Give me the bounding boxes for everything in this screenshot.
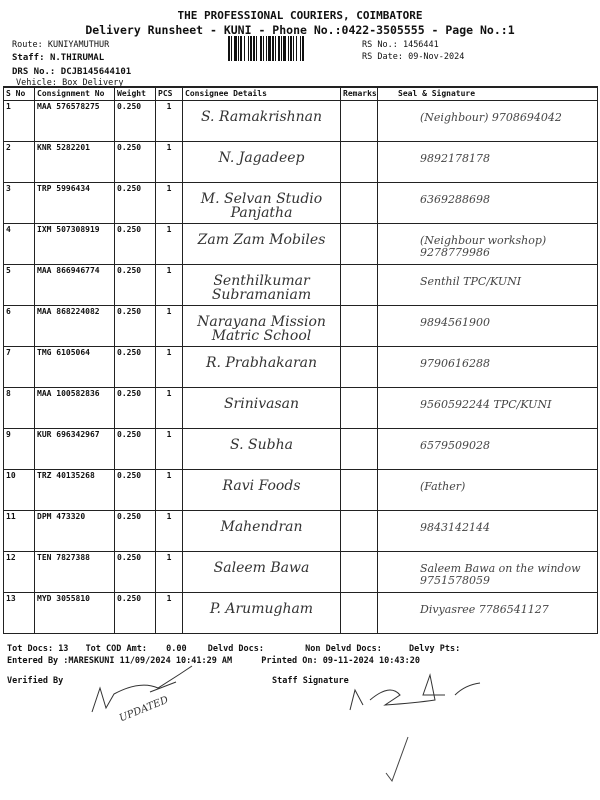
weight-cell: 0.250 xyxy=(115,470,156,511)
pcs-cell: 1 xyxy=(156,306,183,347)
rs-date-line: RS Date: 09-Nov-2024 xyxy=(362,52,464,62)
sno-cell: 8 xyxy=(4,388,35,429)
consignee-text: S. Ramakrishnan xyxy=(185,110,338,124)
pcs-cell: 1 xyxy=(156,593,183,634)
weight-cell: 0.250 xyxy=(115,347,156,388)
consignee-text: Ravi Foods xyxy=(185,479,338,493)
table-row: 9KUR 6963429670.2501S. Subha6579509028 xyxy=(4,429,598,470)
weight-cell: 0.250 xyxy=(115,183,156,224)
table-row: 2KNR 52822010.2501N. Jagadeep9892178178 xyxy=(4,142,598,183)
table-row: 5MAA 8669467740.2501Senthilkumar Subrama… xyxy=(4,265,598,306)
weight-cell: 0.250 xyxy=(115,306,156,347)
runsheet-subtitle: Delivery Runsheet - KUNI - Phone No.:042… xyxy=(0,23,600,37)
table-row: 6MAA 8682240820.2501Narayana Mission Mat… xyxy=(4,306,598,347)
consignment-cell: TRP 5996434 xyxy=(35,183,115,224)
route-value: KUNIYAMUTHUR xyxy=(48,40,109,50)
col-sno: S No xyxy=(4,87,35,101)
remarks-cell xyxy=(341,183,378,224)
seal-text: 9790616288 xyxy=(380,358,595,370)
pcs-cell: 1 xyxy=(156,265,183,306)
consignee-cell: S. Subha xyxy=(183,429,341,470)
rs-no-line: RS No.: 1456441 xyxy=(362,40,439,50)
tot-cod-value: 0.00 xyxy=(166,644,186,654)
remarks-cell xyxy=(341,593,378,634)
rs-date-value: 09-Nov-2024 xyxy=(408,52,464,62)
pcs-cell: 1 xyxy=(156,142,183,183)
table-row: 1MAA 5765782750.2501S. Ramakrishnan(Neig… xyxy=(4,101,598,142)
consignee-text: S. Subha xyxy=(185,438,338,452)
seal-text: Divyasree 7786541127 xyxy=(380,604,595,616)
table-row: 12TEN 78273880.2501Saleem BawaSaleem Baw… xyxy=(4,552,598,593)
weight-cell: 0.250 xyxy=(115,265,156,306)
consignee-text: Senthilkumar Subramaniam xyxy=(185,274,338,302)
seal-text: Senthil TPC/KUNI xyxy=(380,276,595,288)
tot-docs-value: 13 xyxy=(58,644,68,654)
consignment-cell: KNR 5282201 xyxy=(35,142,115,183)
remarks-cell xyxy=(341,429,378,470)
sno-cell: 13 xyxy=(4,593,35,634)
runsheet-table: S No Consignment No Weight PCS Consignee… xyxy=(3,86,598,634)
seal-cell: 9892178178 xyxy=(378,142,598,183)
consignee-text: Mahendran xyxy=(185,520,338,534)
consignee-cell: N. Jagadeep xyxy=(183,142,341,183)
seal-text: 9560592244 TPC/KUNI xyxy=(380,399,595,411)
seal-text: (Neighbour workshop) 9278779986 xyxy=(380,235,595,259)
route-line: Route: KUNIYAMUTHUR xyxy=(12,40,109,50)
consignment-cell: TRZ 40135268 xyxy=(35,470,115,511)
drs-line: DRS No.: DCJB145644101 xyxy=(12,67,131,77)
consignee-text: P. Arumugham xyxy=(185,602,338,616)
sno-cell: 10 xyxy=(4,470,35,511)
consignee-text: Saleem Bawa xyxy=(185,561,338,575)
consignment-cell: TEN 7827388 xyxy=(35,552,115,593)
table-row: 7TMG 61050640.2501R. Prabhakaran97906162… xyxy=(4,347,598,388)
pcs-cell: 1 xyxy=(156,183,183,224)
col-consignee: Consignee Details xyxy=(183,87,341,101)
sno-cell: 7 xyxy=(4,347,35,388)
seal-cell: (Neighbour workshop) 9278779986 xyxy=(378,224,598,265)
seal-cell: 9790616288 xyxy=(378,347,598,388)
seal-text: 9843142144 xyxy=(380,522,595,534)
table-row: 11DPM 4733200.2501Mahendran9843142144 xyxy=(4,511,598,552)
sno-cell: 3 xyxy=(4,183,35,224)
drs-value: DCJB145644101 xyxy=(61,67,131,77)
remarks-cell xyxy=(341,388,378,429)
table-row: 4IXM 5073089190.2501Zam Zam Mobiles(Neig… xyxy=(4,224,598,265)
sno-cell: 1 xyxy=(4,101,35,142)
consignee-cell: Saleem Bawa xyxy=(183,552,341,593)
consignee-text: Srinivasan xyxy=(185,397,338,411)
consignee-cell: Senthilkumar Subramaniam xyxy=(183,265,341,306)
table-row: 3TRP 59964340.2501M. Selvan Studio Panja… xyxy=(4,183,598,224)
consignee-cell: Mahendran xyxy=(183,511,341,552)
weight-cell: 0.250 xyxy=(115,142,156,183)
remarks-cell xyxy=(341,347,378,388)
col-weight: Weight xyxy=(115,87,156,101)
seal-text: (Father) xyxy=(380,481,595,493)
seal-cell: 6369288698 xyxy=(378,183,598,224)
consignment-cell: MAA 576578275 xyxy=(35,101,115,142)
pcs-cell: 1 xyxy=(156,224,183,265)
weight-cell: 0.250 xyxy=(115,101,156,142)
consignment-cell: MAA 866946774 xyxy=(35,265,115,306)
rs-no-value: 1456441 xyxy=(403,40,439,50)
col-pcs: PCS xyxy=(156,87,183,101)
consignee-text: M. Selvan Studio Panjatha xyxy=(185,192,338,220)
consignment-cell: IXM 507308919 xyxy=(35,224,115,265)
seal-cell: 6579509028 xyxy=(378,429,598,470)
consignee-cell: R. Prabhakaran xyxy=(183,347,341,388)
sno-cell: 4 xyxy=(4,224,35,265)
consignment-cell: TMG 6105064 xyxy=(35,347,115,388)
staff-value: N.THIRUMAL xyxy=(50,53,104,63)
staff-line: Staff: N.THIRUMAL xyxy=(12,53,104,63)
remarks-cell xyxy=(341,306,378,347)
col-seal: Seal & Signature xyxy=(378,87,598,101)
weight-cell: 0.250 xyxy=(115,388,156,429)
pcs-cell: 1 xyxy=(156,511,183,552)
consignment-cell: MYD 3055810 xyxy=(35,593,115,634)
consignee-text: N. Jagadeep xyxy=(185,151,338,165)
col-remarks: Remarks xyxy=(341,87,378,101)
consignee-text: R. Prabhakaran xyxy=(185,356,338,370)
consignment-cell: MAA 100582836 xyxy=(35,388,115,429)
col-consignment: Consignment No xyxy=(35,87,115,101)
consignee-text: Zam Zam Mobiles xyxy=(185,233,338,247)
seal-cell: Divyasree 7786541127 xyxy=(378,593,598,634)
sno-cell: 12 xyxy=(4,552,35,593)
seal-cell: 9843142144 xyxy=(378,511,598,552)
remarks-cell xyxy=(341,265,378,306)
table-row: 10TRZ 401352680.2501Ravi Foods(Father) xyxy=(4,470,598,511)
staff-signature-icon xyxy=(345,665,485,725)
verified-by-label: Verified By xyxy=(7,676,63,686)
weight-cell: 0.250 xyxy=(115,224,156,265)
checkmark-icon xyxy=(380,735,420,795)
seal-text: (Neighbour) 9708694042 xyxy=(380,112,595,124)
pcs-cell: 1 xyxy=(156,470,183,511)
seal-text: 6369288698 xyxy=(380,194,595,206)
consignee-cell: Zam Zam Mobiles xyxy=(183,224,341,265)
sno-cell: 2 xyxy=(4,142,35,183)
totals-line: Tot Docs: 13 Tot COD Amt: 0.00 Delvd Doc… xyxy=(7,644,460,654)
pcs-cell: 1 xyxy=(156,101,183,142)
pcs-cell: 1 xyxy=(156,388,183,429)
sno-cell: 6 xyxy=(4,306,35,347)
barcode xyxy=(228,36,348,61)
remarks-cell xyxy=(341,224,378,265)
consignee-cell: Srinivasan xyxy=(183,388,341,429)
remarks-cell xyxy=(341,142,378,183)
seal-text: 9894561900 xyxy=(380,317,595,329)
consignment-cell: KUR 696342967 xyxy=(35,429,115,470)
consignee-cell: Narayana Mission Matric School xyxy=(183,306,341,347)
remarks-cell xyxy=(341,101,378,142)
consignee-cell: Ravi Foods xyxy=(183,470,341,511)
seal-cell: (Father) xyxy=(378,470,598,511)
sno-cell: 5 xyxy=(4,265,35,306)
pcs-cell: 1 xyxy=(156,429,183,470)
seal-cell: 9894561900 xyxy=(378,306,598,347)
sno-cell: 9 xyxy=(4,429,35,470)
table-row: 13MYD 30558100.2501P. ArumughamDivyasree… xyxy=(4,593,598,634)
consignee-cell: S. Ramakrishnan xyxy=(183,101,341,142)
sno-cell: 11 xyxy=(4,511,35,552)
table-header-row: S No Consignment No Weight PCS Consignee… xyxy=(4,87,598,101)
remarks-cell xyxy=(341,470,378,511)
seal-cell: Senthil TPC/KUNI xyxy=(378,265,598,306)
seal-text: Saleem Bawa on the window 9751578059 xyxy=(380,563,595,587)
consignee-cell: M. Selvan Studio Panjatha xyxy=(183,183,341,224)
seal-cell: (Neighbour) 9708694042 xyxy=(378,101,598,142)
seal-text: 9892178178 xyxy=(380,153,595,165)
weight-cell: 0.250 xyxy=(115,593,156,634)
pcs-cell: 1 xyxy=(156,552,183,593)
table-row: 8MAA 1005828360.2501Srinivasan9560592244… xyxy=(4,388,598,429)
weight-cell: 0.250 xyxy=(115,429,156,470)
consignment-cell: MAA 868224082 xyxy=(35,306,115,347)
consignee-cell: P. Arumugham xyxy=(183,593,341,634)
consignment-cell: DPM 473320 xyxy=(35,511,115,552)
seal-cell: Saleem Bawa on the window 9751578059 xyxy=(378,552,598,593)
seal-cell: 9560592244 TPC/KUNI xyxy=(378,388,598,429)
pcs-cell: 1 xyxy=(156,347,183,388)
staff-signature-label: Staff Signature xyxy=(272,676,349,686)
weight-cell: 0.250 xyxy=(115,552,156,593)
seal-text: 6579509028 xyxy=(380,440,595,452)
weight-cell: 0.250 xyxy=(115,511,156,552)
remarks-cell xyxy=(341,511,378,552)
consignee-text: Narayana Mission Matric School xyxy=(185,315,338,343)
remarks-cell xyxy=(341,552,378,593)
company-title: THE PROFESSIONAL COURIERS, COIMBATORE xyxy=(0,9,600,22)
